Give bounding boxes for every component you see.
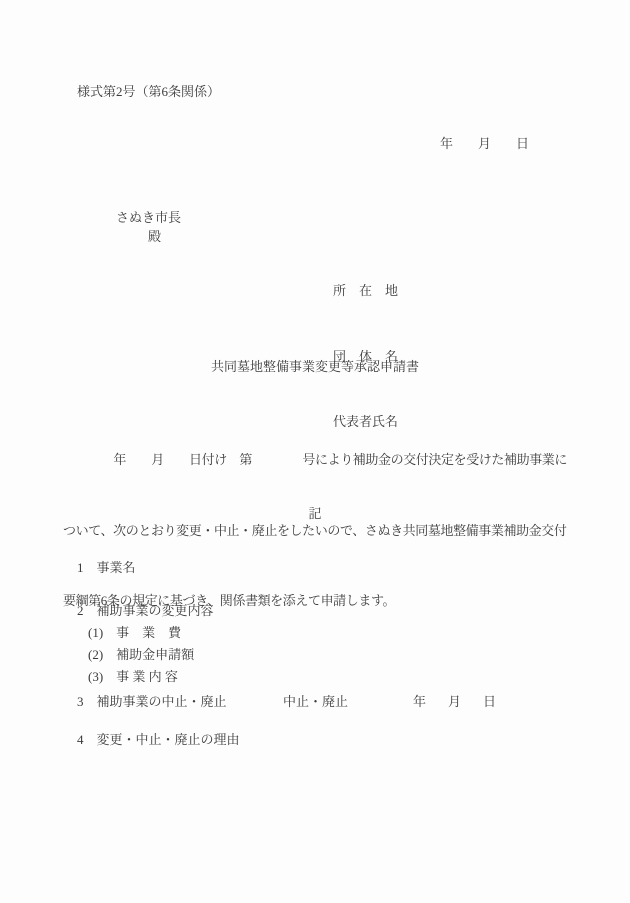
- body-paragraph-line-1: 年 月 日付け 第 号により補助金の交付決定を受けた補助事業に: [63, 448, 583, 472]
- addressee-line: さぬき市長 殿: [103, 191, 181, 261]
- item-3-suspension-abolition-value: 中止・廃止: [283, 691, 348, 710]
- item-2-sub-3-project-details: (3) 事 業 内 容: [88, 666, 178, 685]
- record-heading: 記: [0, 503, 630, 522]
- sender-address-label: 所 在 地: [333, 280, 398, 299]
- addressee-honorific: 殿: [148, 229, 161, 244]
- application-form-page: 様式第2号（第6条関係） 年 月 日 さぬき市長 殿 所 在 地 団 体 名 代…: [0, 0, 630, 903]
- item-3-date-line: 年 月 日: [413, 691, 496, 710]
- document-title: 共同墓地整備事業変更等承認申請書: [0, 356, 630, 375]
- item-3-suspension-abolition-label: 3 補助事業の中止・廃止: [77, 691, 227, 710]
- addressee-name: さぬき市長: [116, 210, 181, 225]
- body-paragraph: 年 月 日付け 第 号により補助金の交付決定を受けた補助事業に ついて、次のとお…: [63, 401, 583, 660]
- date-year-label: 年: [440, 133, 453, 152]
- item-4-reason: 4 変更・中止・廃止の理由: [77, 729, 240, 748]
- body-paragraph-line-2: ついて、次のとおり変更・中止・廃止をしたいので、さぬき共同墓地整備事業補助金交付: [63, 519, 583, 543]
- date-line: 年 月 日: [440, 133, 529, 152]
- date-month-label: 月: [478, 133, 491, 152]
- form-number: 様式第2号（第6条関係）: [77, 81, 220, 100]
- item-3-date-year-label: 年: [413, 691, 426, 710]
- item-2-change-details: 2 補助事業の変更内容: [77, 600, 214, 619]
- item-3-date-day-label: 日: [483, 691, 496, 710]
- date-day-label: 日: [516, 133, 529, 152]
- item-3-date-month-label: 月: [448, 691, 461, 710]
- item-2-sub-1-project-cost: (1) 事 業 費: [88, 622, 181, 641]
- item-2-sub-2-subsidy-application-amount: (2) 補助金申請額: [88, 644, 194, 663]
- item-1-business-name: 1 事業名: [77, 557, 136, 576]
